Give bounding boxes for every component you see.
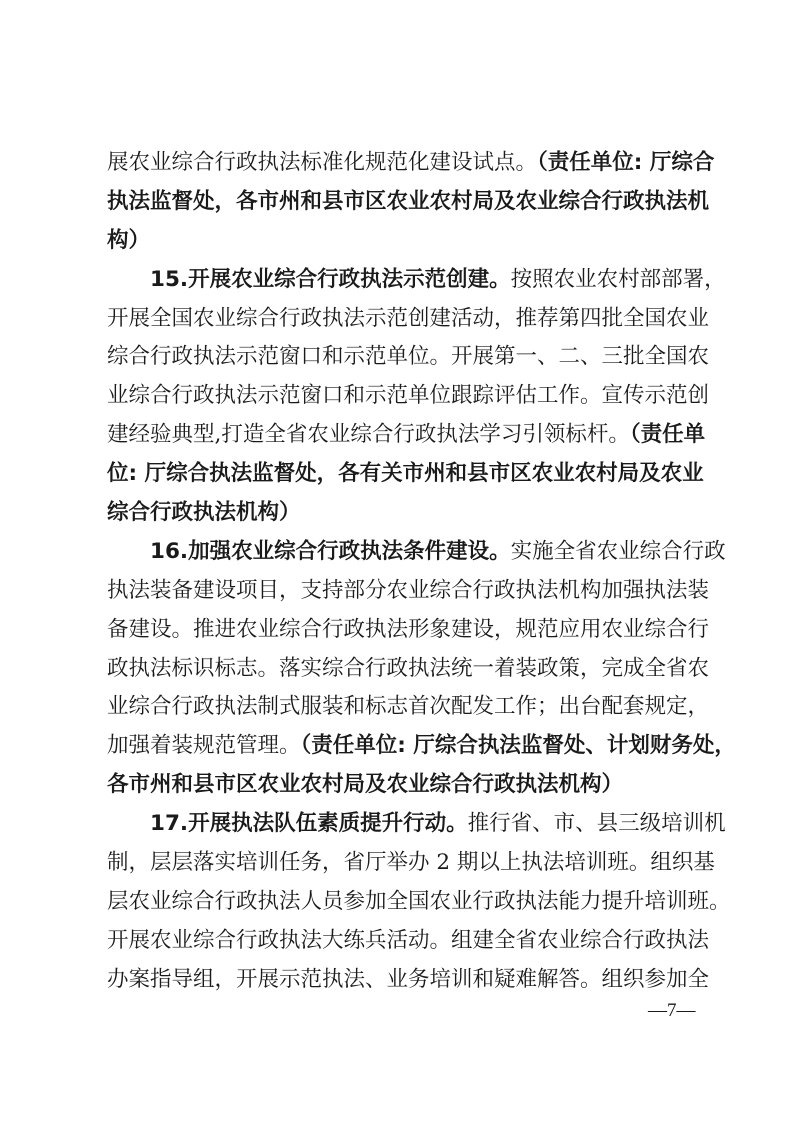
text-line: 15.开展农业综合行政执法示范创建。按照农业农村部部署， — [107, 261, 695, 300]
body-text: 备建设。推进农业综合行政执法形象建设，规范应用农业综合行 — [107, 617, 709, 642]
page-number: —7— — [648, 1000, 696, 1022]
body-text: 开展全国农业综合行政执法示范创建活动，推荐第四批全国农业 — [107, 306, 709, 331]
body-text: 执法装备建设项目，支持部分农业综合行政执法机构加强执法装 — [107, 578, 709, 603]
body-text: 综合行政执法示范窗口和示范单位。开展第一、二、三批全国农 — [107, 344, 709, 369]
text-line: 政执法标识标志。落实综合行政执法统一着装政策，完成全省农 — [107, 650, 695, 689]
text-line: 办案指导组，开展示范执法、业务培训和疑难解答。组织参加全 — [107, 961, 695, 1000]
text-line: 构） — [107, 222, 695, 261]
text-line: 加强着装规范管理。（责任单位: 厅综合执法监督处、计划财务处， — [107, 727, 695, 766]
text-line: 建经验典型,打造全省农业综合行政执法学习引领标杆。（责任单 — [107, 416, 695, 455]
body-text: 加强着装规范管理。 — [107, 733, 301, 758]
text-line: 业综合行政执法示范窗口和示范单位跟踪评估工作。宣传示范创 — [107, 377, 695, 416]
text-line: 综合行政执法机构） — [107, 494, 695, 533]
bold-text: 17.开展执法队伍素质提升行动。 — [150, 811, 468, 836]
bold-text: 15.开展农业综合行政执法示范创建。 — [150, 267, 511, 292]
body-text: 开展农业综合行政执法大练兵活动。组建全省农业综合行政执法 — [107, 928, 709, 953]
text-line: 综合行政执法示范窗口和示范单位。开展第一、二、三批全国农 — [107, 338, 695, 377]
text-line: 执法监督处，各市州和县市区农业农村局及农业综合行政执法机 — [107, 183, 695, 222]
body-text: 办案指导组，开展示范执法、业务培训和疑难解答。组织参加全 — [107, 967, 709, 992]
bold-text: 构） — [107, 228, 150, 253]
text-line: 16.加强农业综合行政执法条件建设。实施全省农业综合行政 — [107, 533, 695, 572]
body-text: 制，层层落实培训任务，省厅举办 2 期以上执法培训班。组织基 — [107, 850, 715, 875]
text-line: 位: 厅综合执法监督处，各有关市州和县市区农业农村局及农业 — [107, 455, 695, 494]
text-line: 各市州和县市区农业农村局及农业综合行政执法机构） — [107, 766, 695, 805]
text-line: 17.开展执法队伍素质提升行动。推行省、市、县三级培训机 — [107, 805, 695, 844]
text-line: 执法装备建设项目，支持部分农业综合行政执法机构加强执法装 — [107, 572, 695, 611]
body-text: 业综合行政执法制式服装和标志首次配发工作；出台配套规定， — [107, 694, 709, 719]
text-line: 开展农业综合行政执法大练兵活动。组建全省农业综合行政执法 — [107, 922, 695, 961]
text-line: 层农业综合行政执法人员参加全国农业行政执法能力提升培训班。 — [107, 883, 695, 922]
body-text: 建经验典型,打造全省农业综合行政执法学习引领标杆。 — [107, 422, 630, 447]
text-line: 备建设。推进农业综合行政执法形象建设，规范应用农业综合行 — [107, 611, 695, 650]
bold-text: 位: 厅综合执法监督处，各有关市州和县市区农业农村局及农业 — [107, 461, 704, 486]
body-text: 层农业综合行政执法人员参加全国农业行政执法能力提升培训班。 — [107, 889, 731, 914]
text-line: 开展全国农业综合行政执法示范创建活动，推荐第四批全国农业 — [107, 300, 695, 339]
text-line: 业综合行政执法制式服装和标志首次配发工作；出台配套规定， — [107, 688, 695, 727]
bold-text: 各市州和县市区农业农村局及农业综合行政执法机构） — [107, 772, 623, 797]
body-text: 按照农业农村部部署， — [511, 267, 726, 292]
body-text: 实施全省农业综合行政 — [511, 539, 726, 564]
body-text: 业综合行政执法示范窗口和示范单位跟踪评估工作。宣传示范创 — [107, 383, 709, 408]
bold-text: （责任单 — [630, 422, 705, 447]
bold-text: 综合行政执法机构） — [107, 500, 301, 525]
document-body: 展农业综合行政执法标准化规范化建设试点。（责任单位: 厅综合执法监督处，各市州和… — [107, 144, 695, 1000]
body-text: 推行省、市、县三级培训机 — [468, 811, 726, 836]
bold-text: （责任单位: 厅综合执法监督处、计划财务处， — [301, 733, 736, 758]
text-line: 制，层层落实培训任务，省厅举办 2 期以上执法培训班。组织基 — [107, 844, 695, 883]
bold-text: 执法监督处，各市州和县市区农业农村局及农业综合行政执法机 — [107, 189, 709, 214]
bold-text: 16.加强农业综合行政执法条件建设。 — [150, 539, 511, 564]
body-text: 展农业综合行政执法标准化规范化建设试点。 — [107, 150, 537, 175]
body-text: 政执法标识标志。落实综合行政执法统一着装政策，完成全省农 — [107, 656, 709, 681]
text-line: 展农业综合行政执法标准化规范化建设试点。（责任单位: 厅综合 — [107, 144, 695, 183]
bold-text: （责任单位: 厅综合 — [537, 150, 714, 175]
